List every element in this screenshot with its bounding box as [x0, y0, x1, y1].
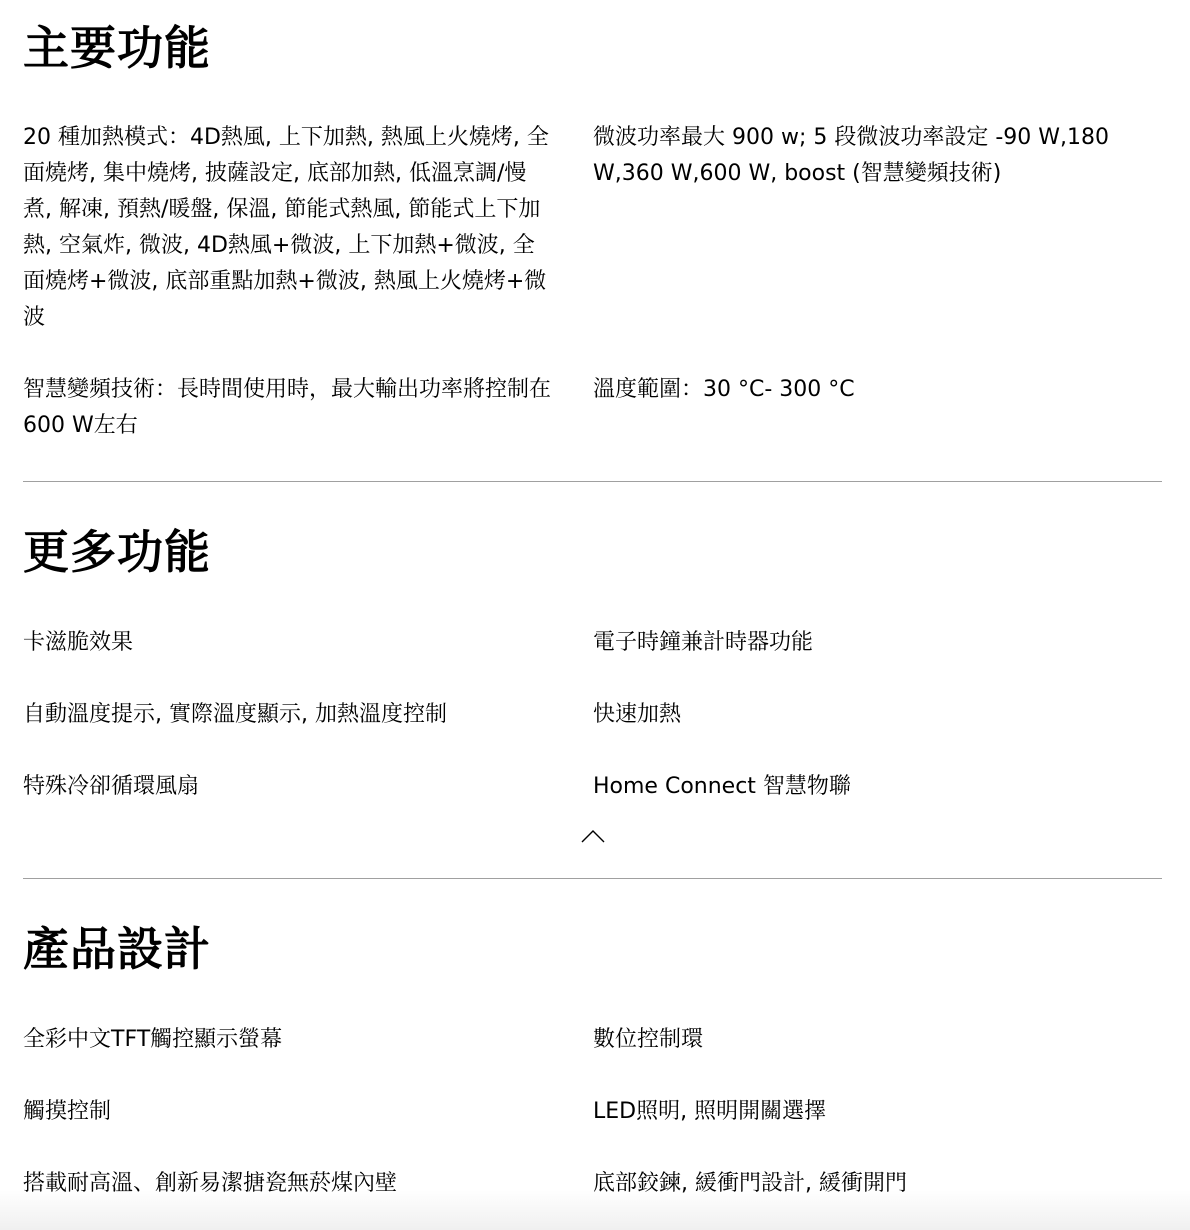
chevron-up-icon — [581, 828, 605, 844]
more-feature-item: 自動溫度提示, 實際溫度顯示, 加熱溫度控制 — [23, 697, 553, 733]
design-feature-item: 搭載耐高溫、創新易潔搪瓷無菸煤內壁 — [23, 1166, 553, 1202]
more-feature-item: 電子時鐘兼計時器功能 — [593, 625, 1163, 661]
section-title-more-features: 更多功能 — [23, 524, 211, 580]
main-feature-temperature-range: 溫度範圍：30 °C- 300 °C — [593, 372, 1163, 408]
design-feature-item: 底部鉸鍊, 緩衝門設計, 緩衝開門 — [593, 1166, 1163, 1202]
section-title-product-design: 產品設計 — [23, 921, 211, 977]
more-feature-item: 卡滋脆效果 — [23, 625, 553, 661]
design-feature-item: 全彩中文TFT觸控顯示螢幕 — [23, 1022, 553, 1058]
section-divider — [23, 878, 1162, 879]
main-feature-inverter-tech: 智慧變頻技術：長時間使用時，最大輸出功率將控制在600 W左右 — [23, 372, 553, 444]
design-feature-item: 數位控制環 — [593, 1022, 1163, 1058]
collapse-section-button[interactable] — [581, 828, 605, 844]
design-feature-item: LED照明, 照明開關選擇 — [593, 1094, 1163, 1130]
more-feature-item: 特殊冷卻循環風扇 — [23, 769, 553, 805]
section-title-main-features: 主要功能 — [23, 20, 211, 76]
main-feature-microwave-power: 微波功率最大 900 w; 5 段微波功率設定 -90 W,180 W,360 … — [593, 120, 1163, 192]
main-feature-heating-modes: 20 種加熱模式：4D熱風, 上下加熱, 熱風上火燒烤, 全面燒烤, 集中燒烤,… — [23, 120, 553, 336]
section-divider — [23, 481, 1162, 482]
design-feature-item: 觸摸控制 — [23, 1094, 553, 1130]
more-feature-item: 快速加熱 — [593, 697, 1163, 733]
more-feature-item: Home Connect 智慧物聯 — [593, 769, 1163, 805]
